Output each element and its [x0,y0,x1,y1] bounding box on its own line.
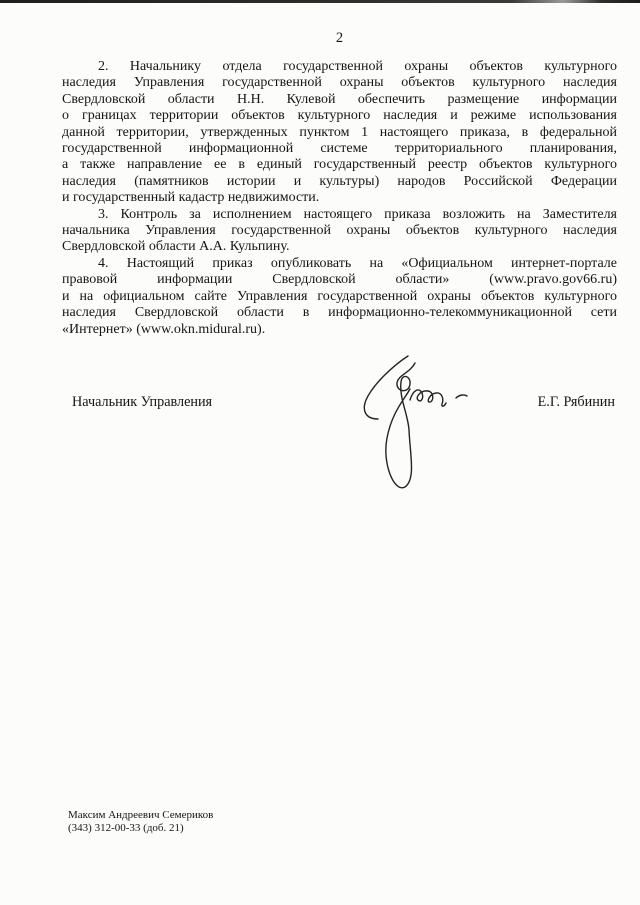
handwritten-signature-icon [353,352,473,492]
paragraph: 2. Начальнику отдела государственной охр… [62,59,617,207]
executor-contact: Максим Андреевич Семериков (343) 312-00-… [68,809,213,835]
signature-block: Начальник Управления Е.Г. Рябинин [72,393,615,411]
paragraph-line: 3. Контроль за исполнением настоящего пр… [62,207,617,223]
paragraph-line: и государственный кадастр недвижимости. [62,190,617,206]
signatory-name: Е.Г. Рябинин [538,393,615,411]
paragraph-line: «Интернет» (www.okn.midural.ru). [62,322,617,338]
paragraph-line: правовой информации Свердловской области… [62,272,617,288]
document-body: 2. Начальнику отдела государственной охр… [62,59,617,338]
paragraph: 3. Контроль за исполнением настоящего пр… [62,207,617,256]
paragraph-line: данной территории, утвержденных пунктом … [62,125,617,141]
paragraph-line: государственной информационной системе т… [62,141,617,157]
executor-name: Максим Андреевич Семериков [68,809,213,822]
paragraph-line: о границах территории объектов культурно… [62,108,617,124]
paragraph-line: 2. Начальнику отдела государственной охр… [62,59,617,75]
paragraph-line: начальника Управления государственной ох… [62,223,617,239]
paragraph-line: а также направление ее в единый государс… [62,157,617,173]
paragraph-line: и на официальном сайте Управления госуда… [62,289,617,305]
signatory-position: Начальник Управления [72,393,212,411]
paragraph: 4. Настоящий приказ опубликовать на «Офи… [62,256,617,338]
paragraph-line: Свердловской области А.А. Кульпину. [62,239,617,255]
paragraph-line: наследия Свердловской области в информац… [62,305,617,321]
executor-phone: (343) 312-00-33 (доб. 21) [68,822,213,835]
paragraph-line: наследия Управления государственной охра… [62,75,617,91]
scan-edge-artifact [0,0,640,3]
paragraph-line: Свердловской области Н.Н. Кулевой обеспе… [62,92,617,108]
page-number: 2 [62,30,617,47]
paragraph-line: наследия (памятников истории и культуры)… [62,174,617,190]
paragraph-line: 4. Настоящий приказ опубликовать на «Офи… [62,256,617,272]
document-page: 2 2. Начальнику отдела государственной о… [0,0,640,905]
